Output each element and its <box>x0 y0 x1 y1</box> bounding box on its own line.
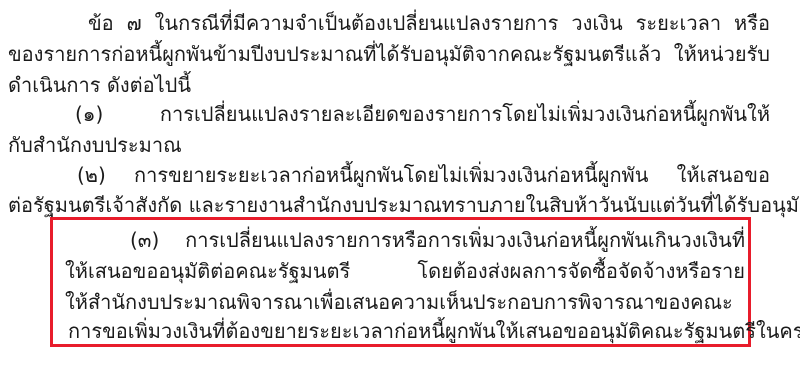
clause-intro-line-3: ดำเนินการ ดังต่อไปนี้ <box>8 70 191 100</box>
item-3-line-4: การขอเพิ่มวงเงินที่ต้องขยายระยะเวลาก่อหน… <box>68 316 800 346</box>
item-3-line-1: (๓) การเปลี่ยนแปลงรายการหรือการเพิ่มวงเง… <box>130 225 745 255</box>
clause-intro-line-2: ของรายการก่อหนี้ผูกพันข้ามปีงบประมาณที่ไ… <box>8 39 770 69</box>
item-3-line-2: ให้เสนอขออนุมัติต่อคณะรัฐมนตรี โดยต้องส่… <box>65 256 745 286</box>
clause-intro-line-1: ข้อ ๗ ในกรณีที่มีความจำเป็นต้องเปลี่ยนแป… <box>88 8 770 38</box>
item-2-line-1: (๒) การขยายระยะเวลาก่อหนี้ผูกพันโดยไม่เพ… <box>77 160 770 190</box>
document-page: ข้อ ๗ ในกรณีที่มีความจำเป็นต้องเปลี่ยนแป… <box>0 0 800 366</box>
item-1-line-1: (๑) การเปลี่ยนแปลงรายละเอียดของรายการโดย… <box>75 99 770 129</box>
item-1-line-2: กับสำนักงบประมาณ <box>8 130 182 160</box>
item-3-line-3: ให้สำนักงบประมาณพิจารณาเพื่อเสนอความเห็น… <box>65 287 745 317</box>
item-2-line-2: ต่อรัฐมนตรีเจ้าสังกัด และรายงานสำนักงบปร… <box>8 190 800 220</box>
